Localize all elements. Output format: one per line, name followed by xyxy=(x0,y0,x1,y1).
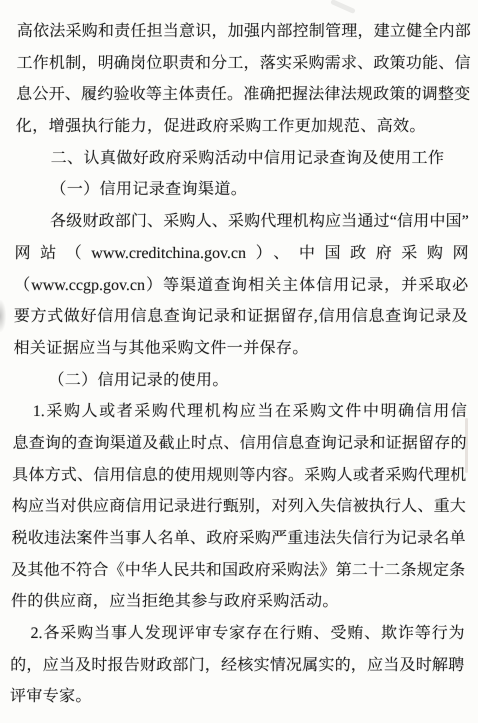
text-line: 网站（www.creditchina.gov.cn）、中国政府采购网 xyxy=(14,238,468,270)
text-line: 2.各采购当事人发现评审专家存在行贿、受贿、欺诈等行为 xyxy=(10,618,464,650)
text-line: 各级财政部门、采购人、采购代理机构应当通过“信用中国” xyxy=(15,206,469,238)
document-text-block: 高依法采购和责任担当意识，加强内部控制管理，建立健全内部工作机制，明确岗位职责和… xyxy=(10,16,471,713)
text-line: 化，增强执行能力，促进政府采购工作更加规范、高效。 xyxy=(16,111,470,143)
text-line: 高依法采购和责任担当意识，加强内部控制管理，建立健全内部 xyxy=(17,16,471,48)
text-line: 具体方式、信用信息的使用规则等内容。采购人或者采购代理机 xyxy=(12,460,466,492)
text-line: 构应当对供应商信用记录进行甄别，对列入失信被执行人、重大 xyxy=(12,491,466,523)
text-line: 要方式做好信用信息查询记录和证据留存,信用信息查询记录及 xyxy=(14,301,468,333)
text-line: 的，应当及时报告财政部门，经核实情况属实的，应当及时解聘 xyxy=(10,650,464,682)
text-line: （二）信用记录的使用。 xyxy=(13,365,467,397)
text-line: （一）信用记录查询渠道。 xyxy=(15,174,469,206)
text-line: 1.采购人或者采购代理机构应当在采购文件中明确信用信 xyxy=(13,396,467,428)
document-page: 高依法采购和责任担当意识，加强内部控制管理，建立健全内部工作机制，明确岗位职责和… xyxy=(0,0,478,723)
text-line: 评审专家。 xyxy=(10,681,464,713)
text-line: 税收违法案件当事人名单、政府采购严重违法失信行为记录名单 xyxy=(11,523,465,555)
scan-smudge-top xyxy=(330,0,356,14)
text-line: 件的供应商，应当拒绝其参与政府采购活动。 xyxy=(11,586,465,618)
text-line: 息公开、履约验收等主体责任。准确把握法律法规政策的调整变 xyxy=(16,79,470,111)
text-line: 相关证据应当与其他采购文件一并保存。 xyxy=(13,333,467,365)
text-line: 二、认真做好政府采购活动中信用记录查询及使用工作 xyxy=(15,143,469,175)
text-line: 息查询的查询渠道及截止时点、信用信息查询记录和证据留存的 xyxy=(12,428,466,460)
text-line: 工作机制，明确岗位职责和分工，落实采购需求、政策功能、信 xyxy=(16,48,470,80)
text-line: （www.ccgp.gov.cn）等渠道查询相关主体信用记录，并采取必 xyxy=(14,270,468,302)
text-line: 及其他不符合《中华人民共和国政府采购法》第二十二条规定条 xyxy=(11,555,465,587)
scan-smudge-left xyxy=(0,300,6,332)
